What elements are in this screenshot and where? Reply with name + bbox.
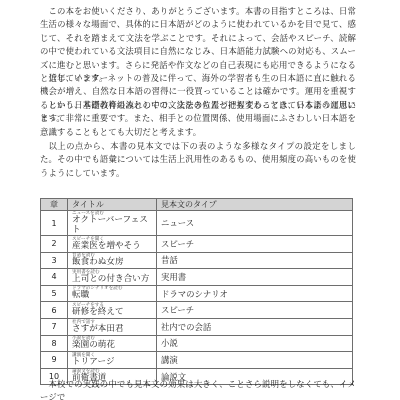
table-row: 9 講演を聞くトリアージ 講演 bbox=[41, 352, 353, 369]
title-cell: ドラマのシナリオを読む転職 bbox=[68, 285, 157, 302]
title-text: さすが本田君 bbox=[72, 325, 152, 335]
header-type: 見本文のタイプ bbox=[157, 199, 353, 211]
table-row: 1 ニュースを読むオクトーバーフェスト ニュース bbox=[41, 211, 353, 236]
chapter-number: 8 bbox=[41, 335, 68, 352]
type-cell: スピーチ bbox=[157, 302, 353, 319]
title-text: 研修を終えて bbox=[72, 308, 152, 318]
document-page: この本をお使いくださり、ありがとうございます。本書の目指すところは、日常生活の様… bbox=[0, 0, 400, 400]
chapter-number: 7 bbox=[41, 318, 68, 335]
paragraph-types: 以上の点から、本書の見本文では下の表のような多様なタイプの設定をしました。その中… bbox=[40, 140, 356, 180]
table-row: 8 小説を読む楽園の萌花 小説 bbox=[41, 335, 353, 352]
type-cell: 社内での会話 bbox=[157, 318, 353, 335]
chapter-number: 4 bbox=[41, 269, 68, 286]
type-cell: 実用書 bbox=[157, 269, 353, 286]
table-row: 2 スピーチを聞く産業医を増やそう スピーチ bbox=[41, 236, 353, 253]
table-row: 6 スピーチをする研修を終えて スピーチ bbox=[41, 302, 353, 319]
type-cell: スピーチ bbox=[157, 236, 353, 253]
title-cell: 講演を聞くトリアージ bbox=[68, 352, 157, 369]
header-title: タイトル bbox=[68, 199, 157, 211]
title-cell: 社内で話すさすが本田君 bbox=[68, 318, 157, 335]
header-chapter: 章 bbox=[41, 199, 68, 211]
type-cell: ドラマのシナリオ bbox=[157, 285, 353, 302]
table-header-row: 章 タイトル 見本文のタイプ bbox=[41, 199, 353, 211]
chapter-number: 5 bbox=[41, 285, 68, 302]
type-cell: 講演 bbox=[157, 352, 353, 369]
type-cell: 昔話 bbox=[157, 252, 353, 269]
title-cell: 昔話を読む飯食わぬ女房 bbox=[68, 252, 157, 269]
title-cell: 小説を読む楽園の萌花 bbox=[68, 335, 157, 352]
paragraph-grammar: しかし、基礎の枠組みとしての文法をきちんと把握することは、日本語の運用にとって非… bbox=[40, 99, 356, 139]
title-text: 産業医を増やそう bbox=[72, 242, 152, 252]
title-text: トリアージ bbox=[72, 358, 152, 368]
chapter-number: 1 bbox=[41, 211, 68, 236]
paragraph-practice: 本校での実践の中でも見本文の効果は大きく、ことさら説明をしなくても、イメージで bbox=[40, 378, 356, 400]
title-cell: ニュースを読むオクトーバーフェスト bbox=[68, 211, 157, 236]
table-row: 7 社内で話すさすが本田君 社内での会話 bbox=[41, 318, 353, 335]
chapter-number: 9 bbox=[41, 352, 68, 369]
table-row: 4 実用書を読む上司との付き合い方 実用書 bbox=[41, 269, 353, 286]
sample-text-types-table: 章 タイトル 見本文のタイプ 1 ニュースを読むオクトーバーフェスト ニュース … bbox=[40, 198, 353, 385]
title-text: 転職 bbox=[72, 291, 152, 301]
chapter-number: 6 bbox=[41, 302, 68, 319]
title-cell: 実用書を読む上司との付き合い方 bbox=[68, 269, 157, 286]
chapter-number: 3 bbox=[41, 252, 68, 269]
title-text: 上司との付き合い方 bbox=[72, 275, 152, 285]
title-text: 飯食わぬ女房 bbox=[72, 258, 152, 268]
table-row: 5 ドラマのシナリオを読む転職 ドラマのシナリオ bbox=[41, 285, 353, 302]
type-cell: 小説 bbox=[157, 335, 353, 352]
table-row: 3 昔話を読む飯食わぬ女房 昔話 bbox=[41, 252, 353, 269]
title-text: オクトーバーフェスト bbox=[72, 216, 152, 235]
title-cell: スピーチを聞く産業医を増やそう bbox=[68, 236, 157, 253]
type-cell: ニュース bbox=[157, 211, 353, 236]
title-cell: スピーチをする研修を終えて bbox=[68, 302, 157, 319]
chapter-number: 2 bbox=[41, 236, 68, 253]
title-text: 楽園の萌花 bbox=[72, 341, 152, 351]
